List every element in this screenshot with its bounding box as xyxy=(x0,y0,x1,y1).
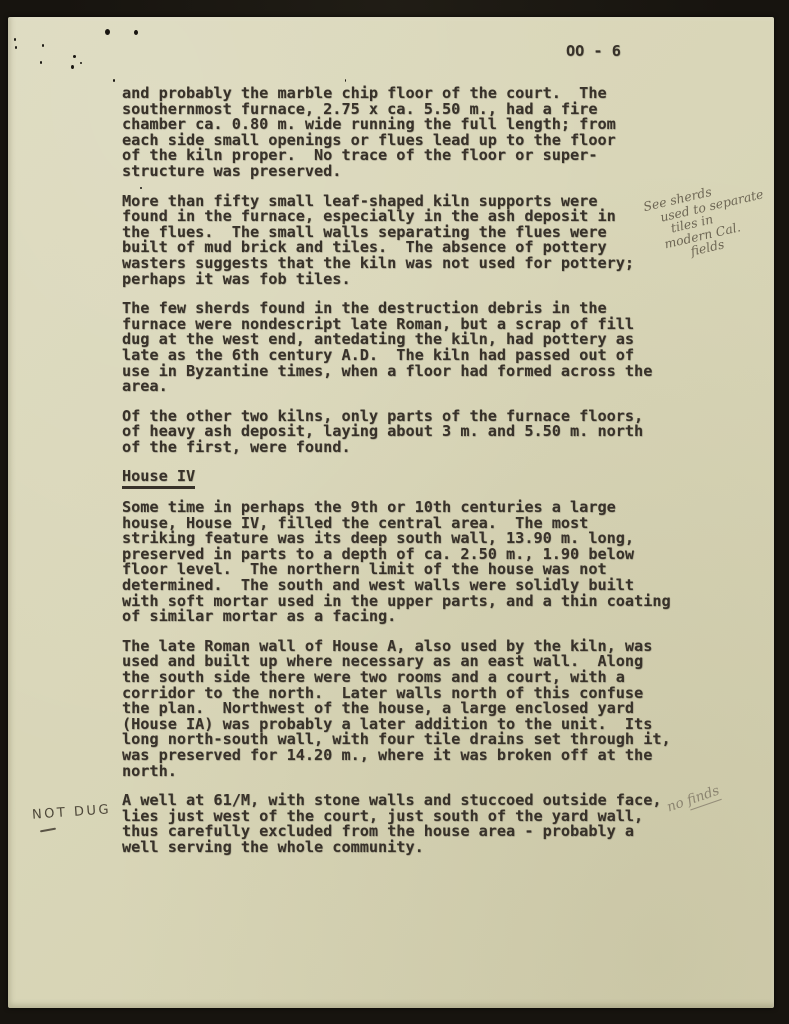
ink-speck xyxy=(42,44,44,47)
paragraph-furnace-floor: and probably the marble chip floor of th… xyxy=(122,86,682,180)
ink-speck xyxy=(80,62,82,64)
ink-speck xyxy=(71,65,74,69)
section-heading-label: House IV xyxy=(122,469,195,489)
document-page: OO - 6 and probably the marble chip floo… xyxy=(8,17,774,1008)
paragraph-well-61m: A well at 61/M, with stone walls and stu… xyxy=(122,793,682,855)
margin-note-not-dug-underline xyxy=(40,828,56,833)
ink-speck xyxy=(14,38,16,41)
ink-speck xyxy=(40,61,42,64)
ink-speck xyxy=(140,187,142,189)
paragraph-house-iv-walls: Some time in perhaps the 9th or 10th cen… xyxy=(122,500,682,625)
margin-note-not-dug: NOT DUG xyxy=(32,802,112,822)
ink-speck xyxy=(73,55,76,58)
page-number: OO - 6 xyxy=(566,44,621,60)
section-heading-house-iv: House IV xyxy=(122,469,682,489)
ink-speck xyxy=(113,79,115,82)
ink-speck xyxy=(134,30,138,35)
ink-speck xyxy=(105,29,110,35)
paragraph-kiln-supports: More than fifty small leaf-shaped kiln s… xyxy=(122,194,682,288)
paragraph-sherds-debris: The few sherds found in the destruction … xyxy=(122,301,682,395)
paragraph-late-roman-wall: The late Roman wall of House A, also use… xyxy=(122,639,682,779)
ink-speck xyxy=(345,79,346,82)
margin-note-no-finds-word: finds xyxy=(685,783,722,811)
paragraph-other-kilns: Of the other two kilns, only parts of th… xyxy=(122,409,682,456)
typed-text-column: and probably the marble chip floor of th… xyxy=(122,86,682,870)
ink-speck xyxy=(15,46,17,49)
